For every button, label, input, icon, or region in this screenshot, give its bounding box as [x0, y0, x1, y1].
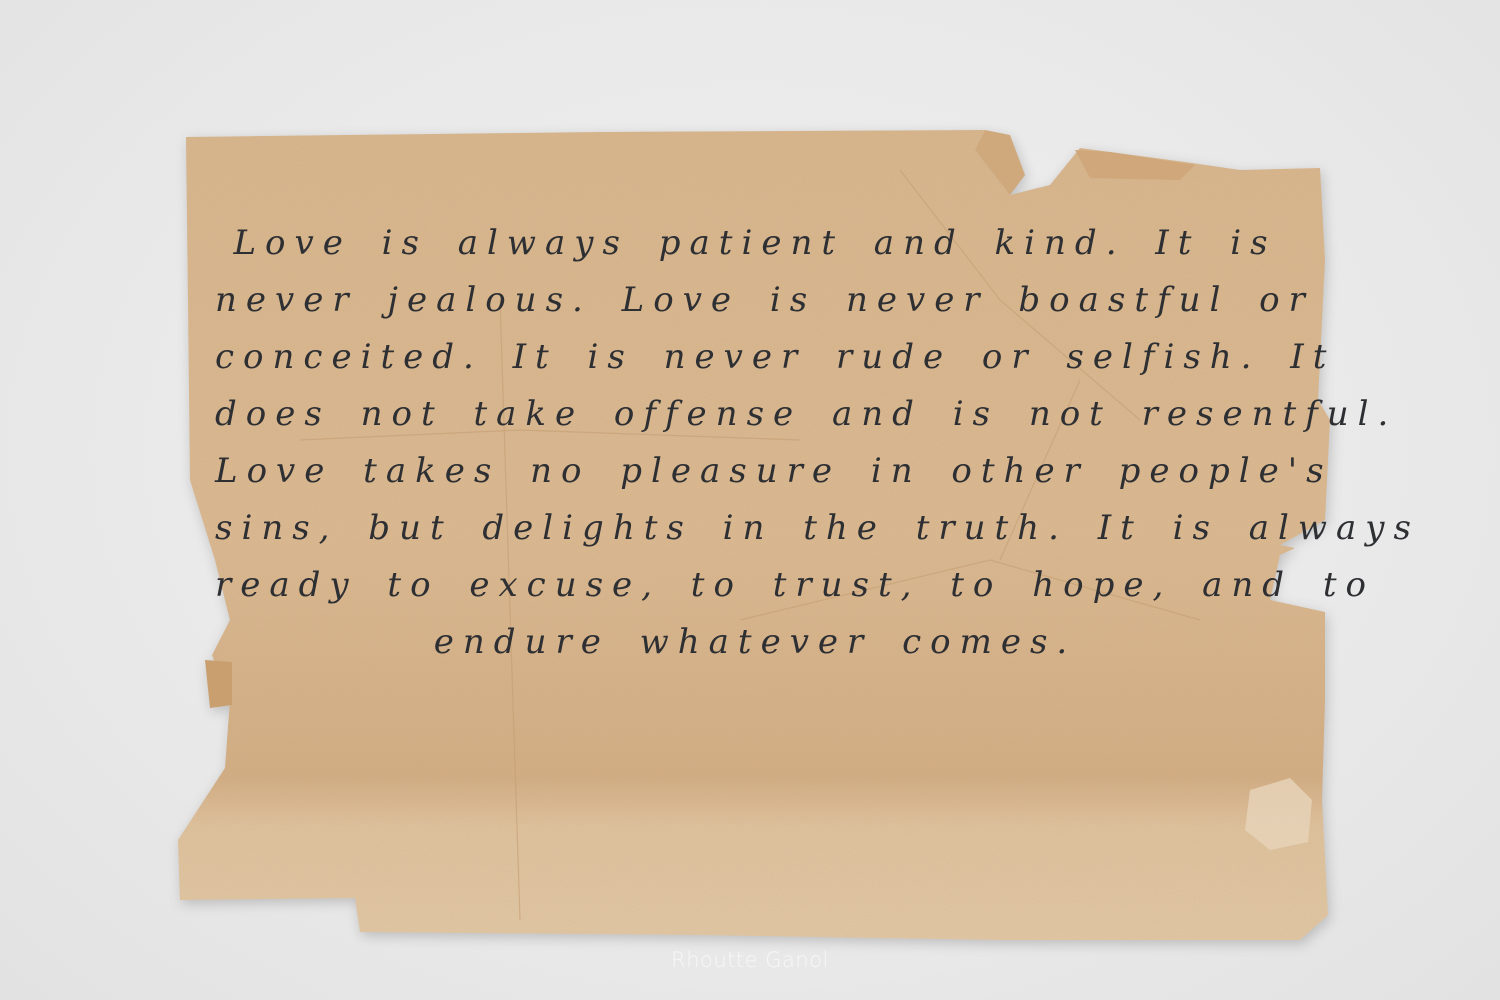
letter-line: never jealous. Love is never boastful or [215, 272, 1295, 329]
letter-line: Love is always patient and kind. It is [215, 215, 1295, 272]
letter-line: does not take offense and is not resentf… [215, 386, 1295, 443]
letter-line: sins, but delights in the truth. It is a… [215, 500, 1295, 557]
letter-line: Love takes no pleasure in other people's [215, 443, 1295, 500]
handwritten-letter: Love is always patient and kind. It is n… [215, 215, 1295, 671]
letter-line: conceited. It is never rude or selfish. … [215, 329, 1295, 386]
letter-line: endure whatever comes. [215, 614, 1295, 671]
torn-flap-top-right [1075, 150, 1195, 180]
letter-line: ready to excuse, to trust, to hope, and … [215, 557, 1295, 614]
font-credit: Rhoutte Ganol [0, 948, 1500, 972]
